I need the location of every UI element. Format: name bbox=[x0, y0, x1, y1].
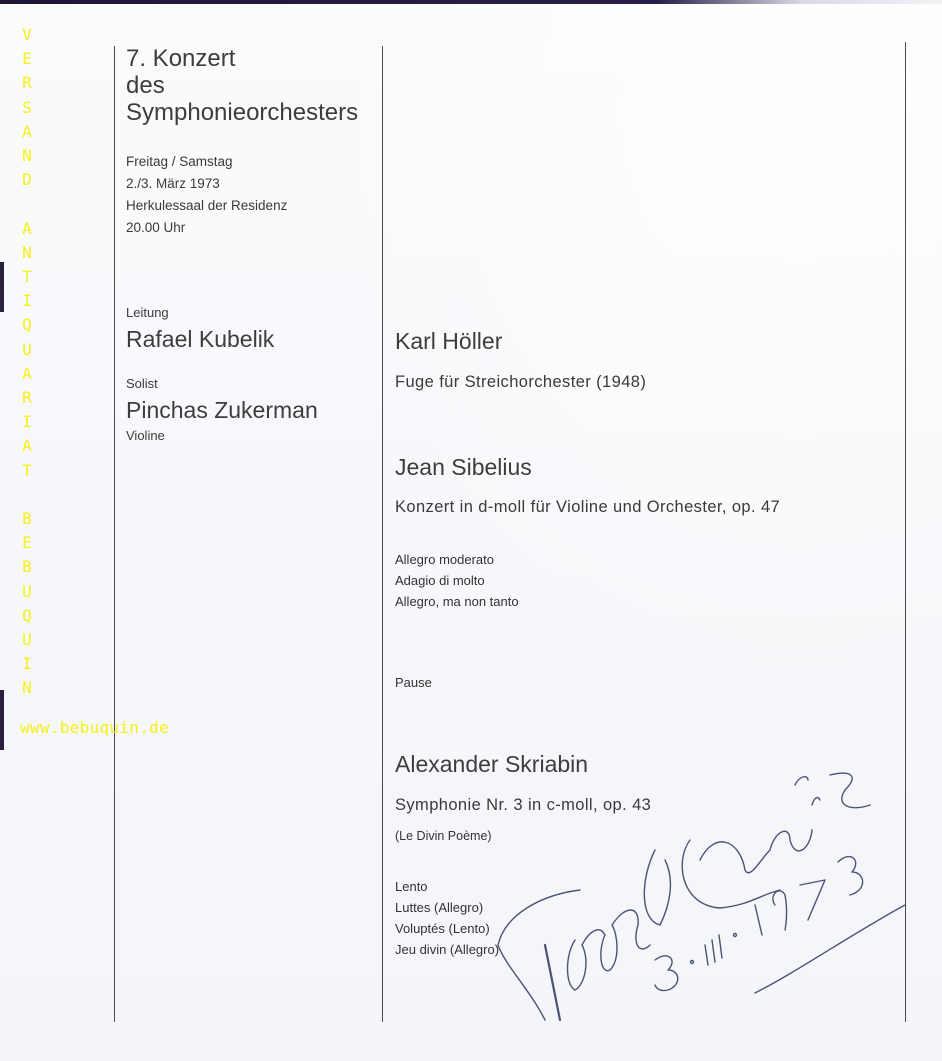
autograph-signature bbox=[0, 0, 942, 1061]
